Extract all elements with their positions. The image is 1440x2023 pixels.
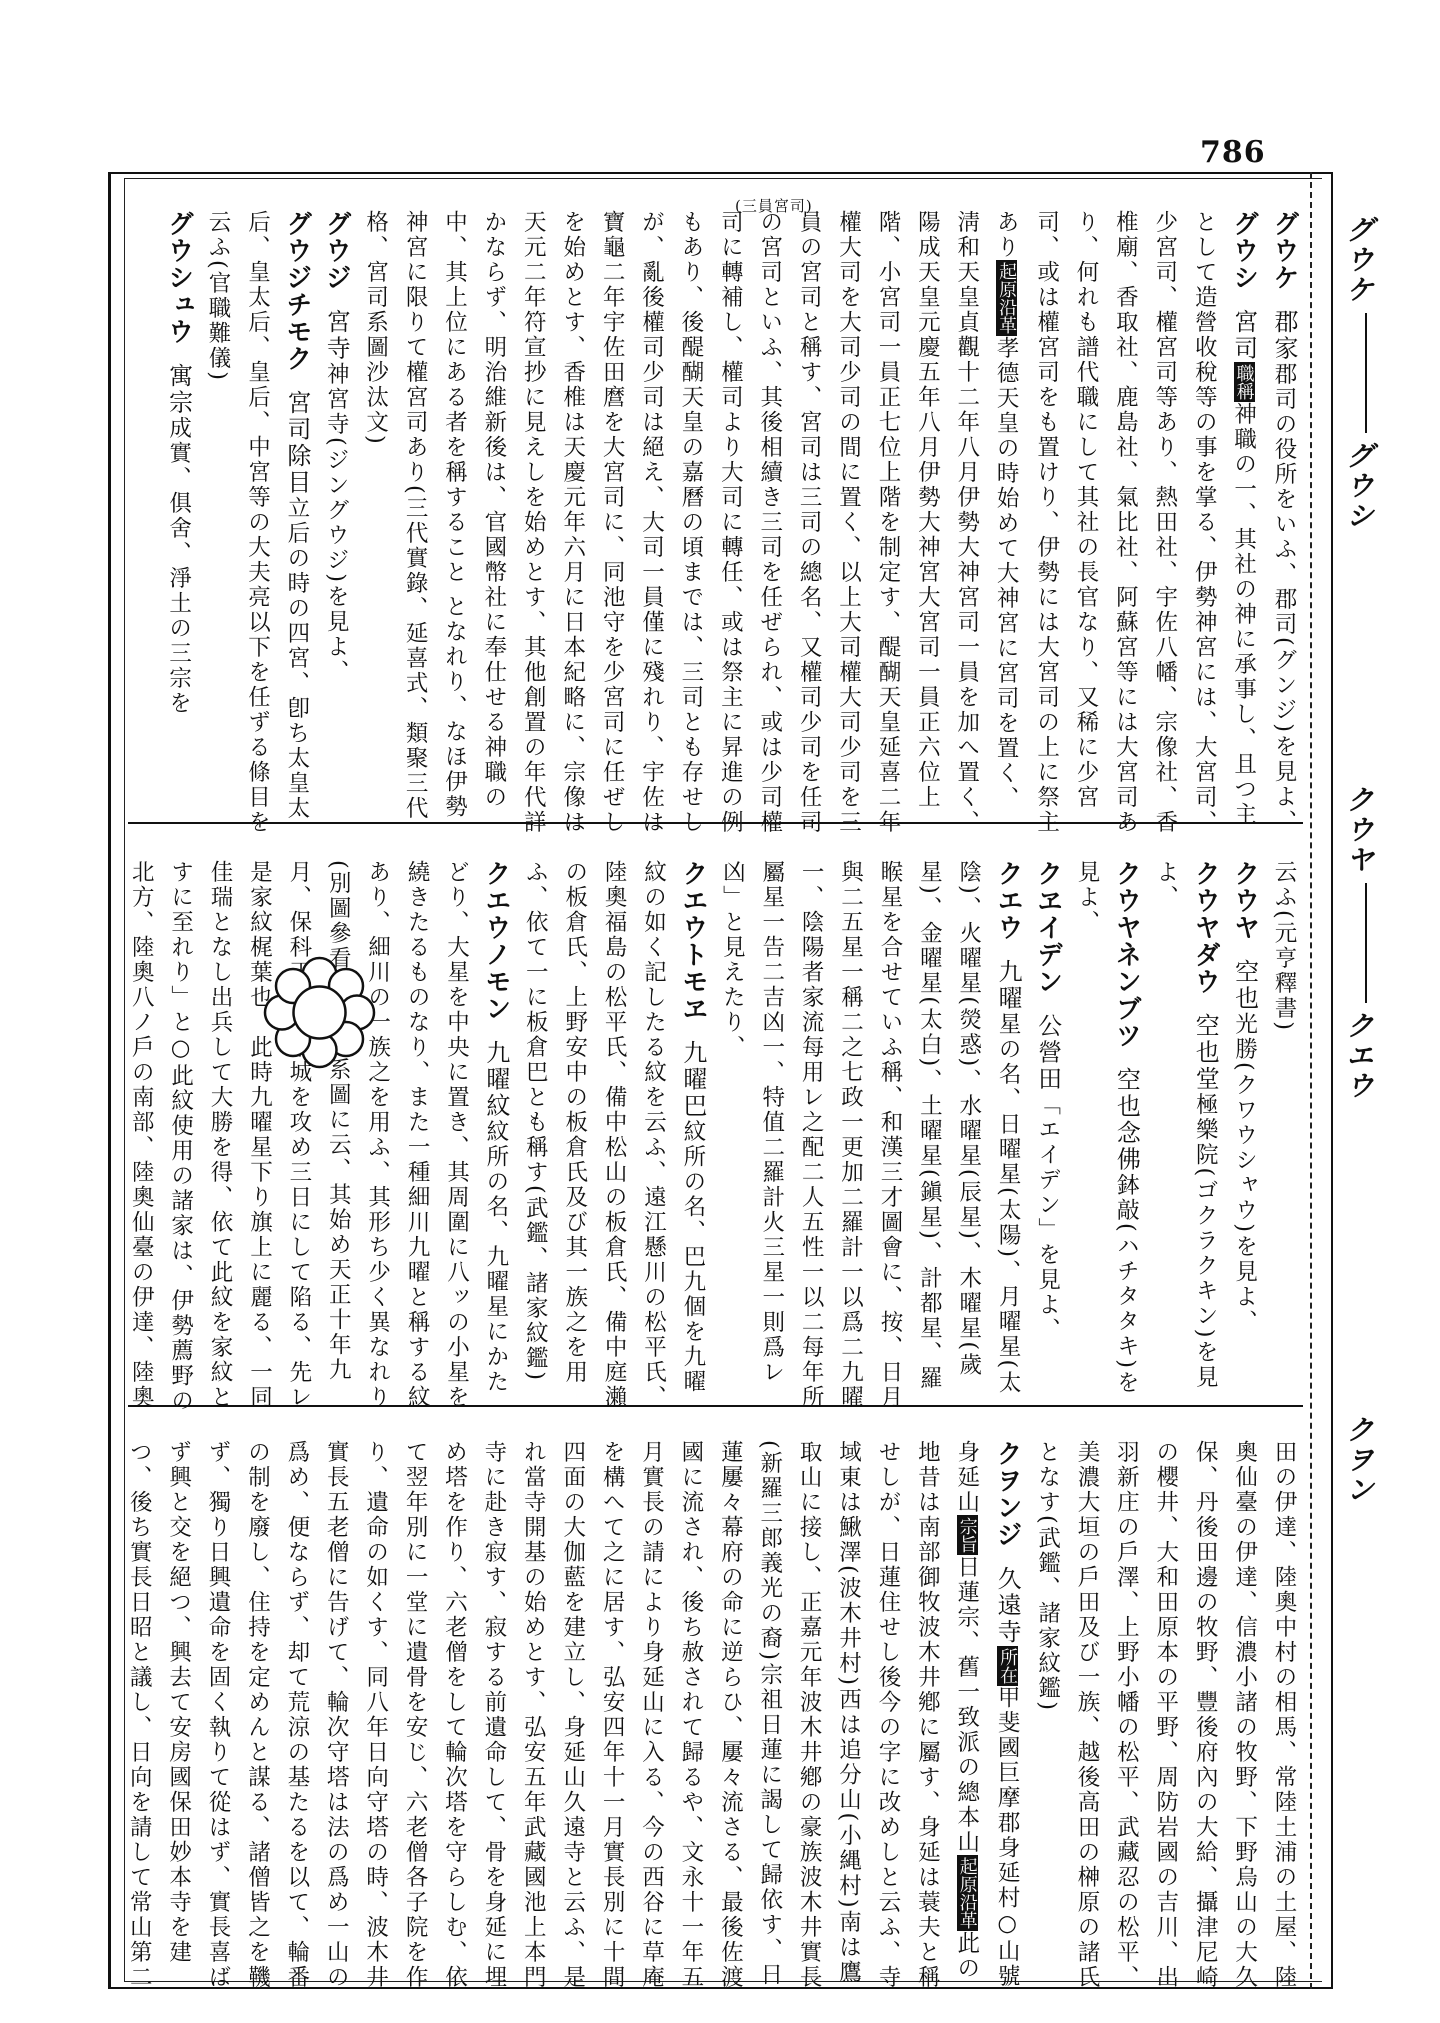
entry-kuuya: クウヤ空也光勝(クワウシャウ)を見よ、 [1224,860,1263,1415]
running-head-3: クヲン [1338,1415,1378,1505]
tier-middle-text: 云ふ(元亨釋書) クウヤ空也光勝(クワウシャウ)を見よ、 クウヤダウ空也堂極樂院… [128,840,1303,1415]
running-head-1-to: グウシ [1342,441,1375,531]
entry-term: 宮司除目 [283,390,311,496]
headword: クウヤ [1230,860,1260,941]
headword: クウヤネンブツ [1111,860,1141,1049]
entry-text: 神宮寺(ジングウジ)を見よ、 [323,362,349,685]
entry-text: 云ふ(元亨釋書) [1271,860,1297,1033]
category-tag: 宗旨 [957,1515,978,1555]
entry-kueu: クエウ九曜星の名、日曜星(太陽)、月曜星(太陰)、火曜星(熒惑)、水曜星(辰星)… [712,860,1027,1415]
kuyou-crest-icon [262,955,377,1070]
tier-bottom-text: 田の伊達、陸奧中村の相馬、常陸土浦の土屋、陸奧仙臺の伊達、信濃小諸の牧野、下野烏… [128,1420,1303,2005]
entry-term: 寓宗 [165,363,193,416]
entry-term: 空也念佛 [1112,1067,1140,1173]
category-tag: 起原沿革 [957,1855,978,1931]
entry-kueutomoe: クエウトモヱ九曜巴紋所の名、巴九個を九曜紋の如く記したる紋を云ふ、遠江懸川の松平… [515,860,712,1415]
entry-text: 日蓮宗、舊一致派の總本山 [954,1555,980,1855]
headword: グウシュウ [164,210,194,345]
headword: クエウノモン [481,860,511,1022]
entry-term: 九曜紋 [482,1040,510,1120]
tier-top-text: グウケ郡家郡司の役所をいふ、郡司(グンジ)を見よ、 グウシ宮司職稱神職の一、其社… [128,190,1303,835]
entry-term: 久遠寺 [993,1566,1021,1646]
entry-text: 孝德天皇の時始めて大神宮に宮司を置く、淸和天皇貞觀十二年八月伊勢大神宮司一員を加… [363,210,1020,835]
running-head-dash [1365,883,1367,1003]
entry-guujichimoku: グウジチモク宮司除目立后の時の四宮、卽ち太皇太后、皇太后、皇后、中宮等の大夫亮以… [198,210,316,835]
headword: クエウ [993,860,1023,941]
page-number: 786 [1200,135,1266,170]
running-head-dash [1365,313,1367,433]
entry-continuation: 云ふ(元亨釋書) [1264,860,1303,1415]
entry-guuji-temple: グウジ宮寺神宮寺(ジングウジ)を見よ、 [316,210,355,835]
entry-term: 空也堂 [1191,1013,1219,1093]
running-head-2: クウヤクエウ [1338,785,1378,1101]
headword: グウシ [1229,210,1259,291]
entry-text: 郡司の役所をいふ、郡司(グンジ)を見よ、 [1271,362,1297,835]
entry-guuji: グウシ宮司職稱神職の一、其社の神に承事し、且つ主として造營收稅等の事を掌る、伊勢… [355,210,1263,835]
headword: グウジチモク [282,210,312,372]
entry-guushuu: グウシュウ寓宗成實、俱舍、淨土の三宗を [158,210,197,835]
entry-term: 空也 [1231,959,1259,1012]
tier-top: グウケ郡家郡司の役所をいふ、郡司(グンジ)を見よ、 グウシ宮司職稱神職の一、其社… [128,190,1303,815]
entry-text: 神職の一、其社の神に承事し、且つ主として造營收稅等の事を掌る、伊勢神宮には、大宮… [993,210,1256,835]
category-tag: 職稱 [1234,362,1255,402]
headword: クウヤダウ [1190,860,1220,995]
headword: グウケ [1269,210,1299,291]
headword: グウジ [321,210,351,291]
entry-text: 此の地昔は南部御牧波木井鄕に屬す、身延は蓑夫と稱せしが、日蓮住せし後今の字に改め… [128,1440,980,1990]
entry-term: 宮寺 [322,309,350,362]
tier-bottom: 田の伊達、陸奧中村の相馬、常陸土浦の土屋、陸奧仙臺の伊達、信濃小諸の牧野、下野烏… [128,1420,1303,1985]
entry-text: 光勝(クワウシャウ)を見よ、 [1232,1012,1258,1335]
running-head-1-from: グウケ [1342,215,1375,305]
entry-kueunomon: クエウノモン九曜紋紋所の名、九曜星にかたどり、大星を中央に置き、其周圍に八ッの小… [128,860,515,1415]
category-tag: 起原沿革 [996,260,1017,336]
entry-kuuyanenbutsu: クウヤネンブツ空也念佛鉢敲(ハチタタキ)を見よ、 [1067,860,1146,1415]
gutter-divider [1310,172,1312,1989]
entry-text: 成實、俱舍、淨土の三宗を [166,416,192,716]
entry-term: 郡家 [1270,309,1298,362]
running-head-3: クヲン [1342,1415,1375,1505]
entry-term: 九曜 [994,959,1022,1012]
entry-text: 田の伊達、陸奧中村の相馬、常陸土浦の土屋、陸奧仙臺の伊達、信濃小諸の牧野、下野烏… [1035,1440,1297,1990]
running-head-1: グウケグウシ [1338,215,1378,531]
tier-middle: 云ふ(元亨釋書) クウヤ空也光勝(クワウシャウ)を見よ、 クウヤダウ空也堂極樂院… [128,840,1303,1395]
running-head-2-from: クウヤ [1342,785,1375,875]
running-head-2-to: クエウ [1342,1011,1375,1101]
entry-gouke: グウケ郡家郡司の役所をいふ、郡司(グンジ)を見よ、 [1264,210,1303,835]
entry-term: 公營田 [1034,1013,1062,1093]
headword: クヲンジ [992,1440,1022,1548]
entry-text: 星の名、日曜星(太陽)、月曜星(太陰)、火曜星(熒惑)、水曜星(辰星)、木曜星(… [719,860,1021,1410]
entry-kuonji: クヲンジ久遠寺所在甲斐國巨摩郡身延村○山號身延山宗旨日蓮宗、舊一致派の總本山起原… [128,1440,1027,2005]
entry-text: 「エイデン」を見よ、 [1035,1093,1061,1343]
entry-term: 宮司 [1230,309,1258,362]
entry-continuation: 田の伊達、陸奧中村の相馬、常陸土浦の土屋、陸奧仙臺の伊達、信濃小諸の牧野、下野烏… [1027,1440,1303,2005]
entry-text: 紋所の名、九曜星にかたどり、大星を中央に置き、其周圍に八ッの小星を繞きたるものな… [128,860,509,1414]
entry-kuuyadou: クウヤダウ空也堂極樂院(ゴクラクキン)を見よ、 [1145,860,1224,1415]
entry-term: 九曜巴 [679,1040,707,1120]
entry-kueiden: クヱイデン公營田「エイデン」を見よ、 [1027,860,1066,1415]
category-tag: 所在 [997,1646,1018,1686]
headword: クヱイデン [1033,860,1063,995]
headword: クエウトモヱ [678,860,708,1022]
